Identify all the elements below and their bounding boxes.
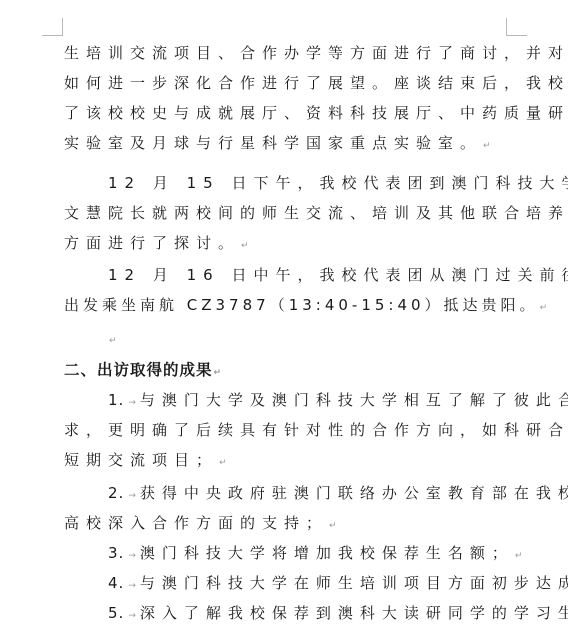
paragraph-mark-icon: ↵ — [214, 368, 222, 378]
list-number: 4. — [108, 574, 124, 592]
document-page[interactable]: 生培训交流项目、合作办学等方面进行了商讨，并对未来几年中 如何进一步深化合作进行… — [64, 38, 508, 628]
text-line: 方面进行了探讨。↵ — [64, 228, 508, 258]
text-line: 12 月 16 日中午，我校代表团从澳门过关前往珠海，从珠海 — [64, 260, 508, 290]
section-heading: 二、出访取得的成果↵ — [64, 355, 508, 385]
results-list: 1.→与澳门大学及澳门科技大学相互了解了彼此合作的需 求，更明确了后续具有针对性… — [64, 385, 508, 628]
text-line: 短期交流项目；↵ — [64, 445, 508, 475]
paragraph-mark-icon: ↵ — [109, 336, 117, 346]
list-number: 3. — [108, 544, 124, 562]
list-number: 2. — [108, 484, 124, 502]
tab-mark-icon: → — [128, 398, 136, 408]
paragraph-dec-15: 12 月 15 日下午，我校代表团到澳门科技大学博雅学院与梁 文慧院长就两校间的… — [64, 168, 508, 258]
text-line: 求，更明确了后续具有针对性的合作方向，如科研合作、师生长 — [64, 415, 508, 445]
list-number: 5. — [108, 604, 124, 622]
text-line: 1.→与澳门大学及澳门科技大学相互了解了彼此合作的需 — [64, 385, 508, 415]
paragraph-mark-icon: ↵ — [515, 551, 523, 561]
text-line: 实验室及月球与行星科学国家重点实验室。↵ — [64, 128, 508, 158]
list-number: 1. — [108, 391, 124, 409]
text-line: 文慧院长就两校间的师生交流、培训及其他联合培养合作模式等 — [64, 198, 508, 228]
tab-mark-icon: → — [128, 581, 136, 591]
list-item: 4.→与澳门科技大学在师生培训项目方面初步达成共识；↵ — [64, 568, 508, 598]
text-line: 12 月 15 日下午，我校代表团到澳门科技大学博雅学院与梁 — [64, 168, 508, 198]
text-line: 出发乘坐南航 CZ3787（13:40-15:40）抵达贵阳。↵ — [64, 290, 508, 320]
text-line: 如何进一步深化合作进行了展望。座谈结束后，我校代表团参观 — [64, 68, 508, 98]
text-line: 5.→深入了解我校保荐到澳科大读研同学的学习生活情况。↵ — [64, 598, 508, 628]
tab-mark-icon: → — [128, 491, 136, 501]
paragraph-mark-icon: ↵ — [329, 521, 337, 531]
text-line: 2.→获得中央政府驻澳门联络办公室教育部在我校与澳门 — [64, 478, 508, 508]
page-corner-mark-top-left — [42, 18, 63, 36]
tab-mark-icon: → — [128, 551, 136, 561]
text-line: 了该校校史与成就展厅、资料科技展厅、中药质量研究国家重点 — [64, 98, 508, 128]
list-item: 5.→深入了解我校保荐到澳科大读研同学的学习生活情况。↵ — [64, 598, 508, 628]
text-line: 高校深入合作方面的支持；↵ — [64, 508, 508, 538]
paragraph-dec-16: 12 月 16 日中午，我校代表团从澳门过关前往珠海，从珠海 出发乘坐南航 CZ… — [64, 260, 508, 320]
text-line: 生培训交流项目、合作办学等方面进行了商讨，并对未来几年中 — [64, 38, 508, 68]
paragraph-mark-icon: ↵ — [483, 141, 491, 151]
text-line: 3.→澳门科技大学将增加我校保荐生名额；↵ — [64, 538, 508, 568]
list-item: 1.→与澳门大学及澳门科技大学相互了解了彼此合作的需 求，更明确了后续具有针对性… — [64, 385, 508, 475]
paragraph-continuation: 生培训交流项目、合作办学等方面进行了商讨，并对未来几年中 如何进一步深化合作进行… — [64, 38, 508, 158]
list-item: 3.→澳门科技大学将增加我校保荐生名额；↵ — [64, 538, 508, 568]
paragraph-mark-icon: ↵ — [219, 458, 227, 468]
paragraph-mark-icon: ↵ — [540, 303, 548, 313]
page-corner-mark-top-right — [506, 18, 527, 36]
empty-paragraph: ↵ — [64, 323, 508, 353]
tab-mark-icon: → — [128, 611, 136, 621]
text-line: 4.→与澳门科技大学在师生培训项目方面初步达成共识；↵ — [64, 568, 508, 598]
list-item: 2.→获得中央政府驻澳门联络办公室教育部在我校与澳门 高校深入合作方面的支持；↵ — [64, 478, 508, 538]
paragraph-mark-icon: ↵ — [241, 241, 249, 251]
